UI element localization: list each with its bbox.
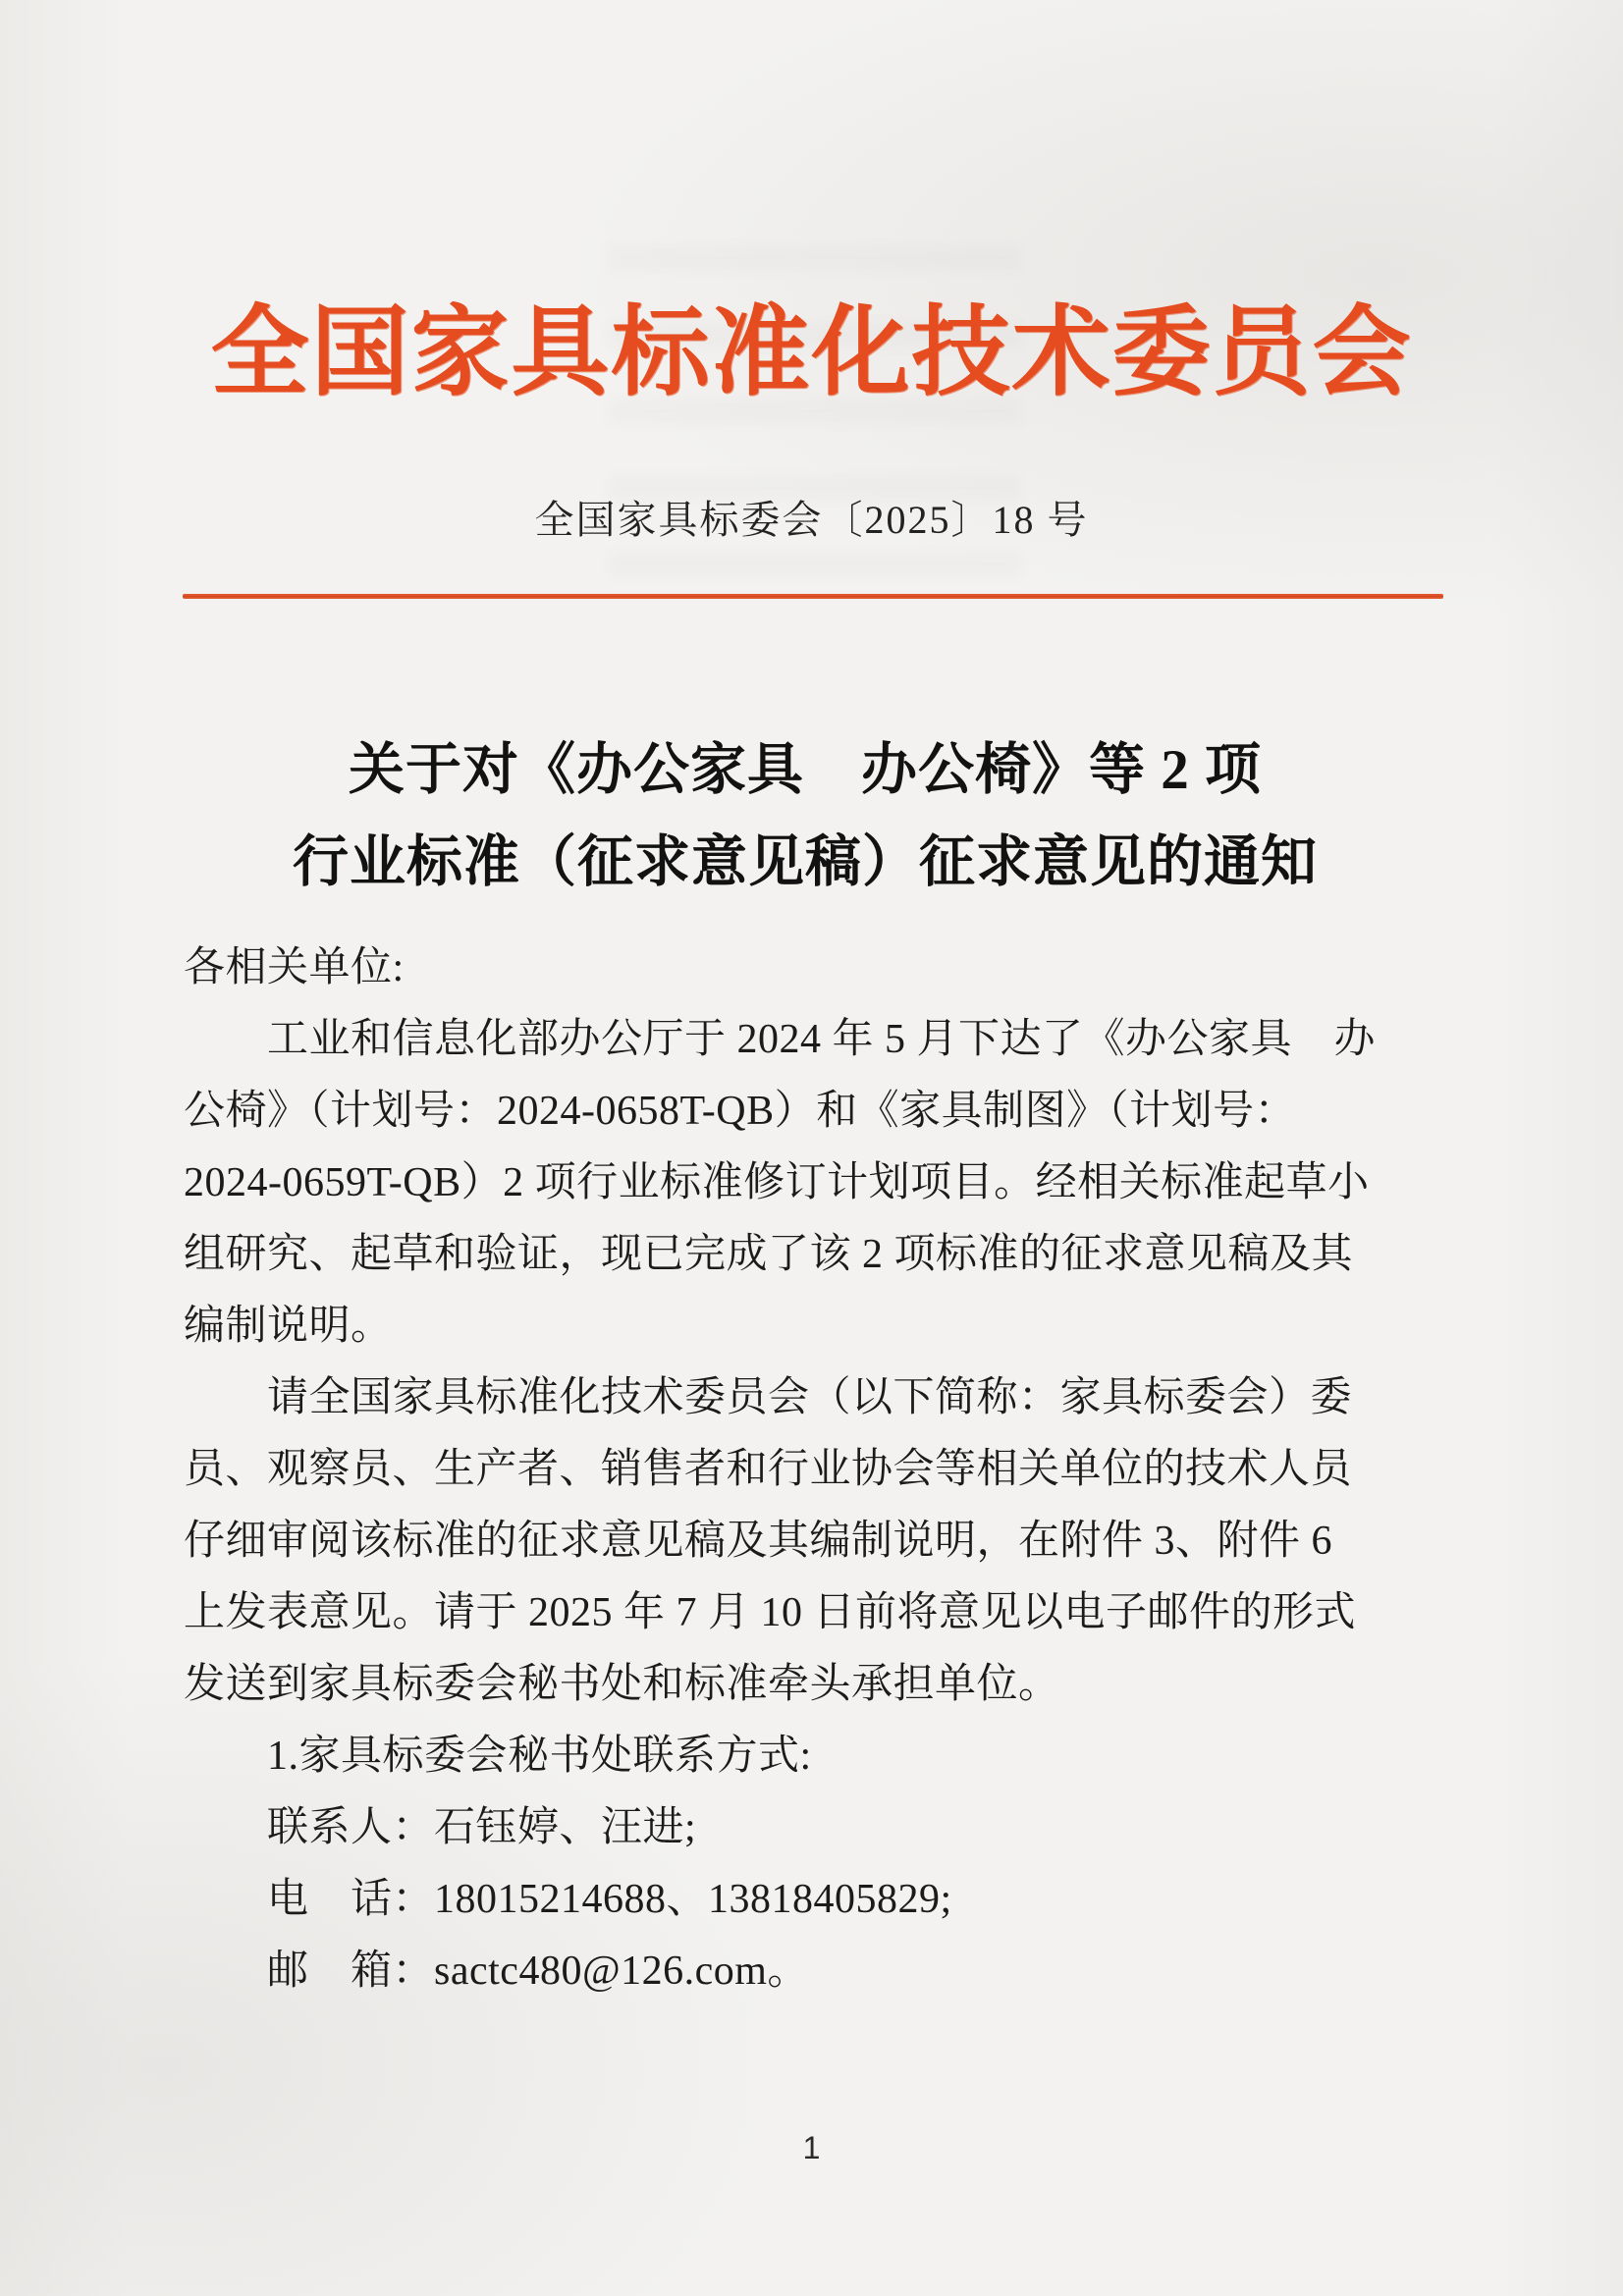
body-line: 组研究、起草和验证，现已完成了该 2 项标准的征求意见稿及其	[184, 1219, 1342, 1291]
body-line: 发送到家具标委会秘书处和标准牵头承担单位。	[184, 1649, 1342, 1721]
contact-person-line: 联系人：石钰婷、汪进;	[184, 1792, 1342, 1864]
body-line: 公椅》（计划号：2024-0658T-QB）和《家具制图》（计划号：	[184, 1076, 1342, 1148]
body-line: 仔细审阅该标准的征求意见稿及其编制说明，在附件 3、附件 6	[184, 1506, 1342, 1577]
scanned-document-page: 全国家具标准化技术委员会 全国家具标委会〔2025〕18 号 关于对《办公家具 …	[0, 0, 1623, 2296]
letterhead-org-title: 全国家具标准化技术委员会	[0, 273, 1623, 414]
notice-title-line-1: 关于对《办公家具 办公椅》等 2 项	[88, 724, 1522, 817]
body-line: 员、观察员、生产者、销售者和行业协会等相关单位的技术人员	[184, 1434, 1342, 1506]
notice-title: 关于对《办公家具 办公椅》等 2 项 行业标准（征求意见稿）征求意见的通知	[88, 724, 1522, 909]
red-divider-line	[183, 594, 1443, 599]
body-line: 编制说明。	[184, 1291, 1342, 1362]
notice-body: 各相关单位: 工业和信息化部办公厅于 2024 年 5 月下达了《办公家具 办 …	[184, 933, 1342, 2007]
contact-phone-line: 电 话：18015214688、13818405829;	[184, 1864, 1342, 1936]
body-line: 工业和信息化部办公厅于 2024 年 5 月下达了《办公家具 办	[184, 1004, 1342, 1076]
salutation-line: 各相关单位:	[184, 933, 1342, 1004]
page-number: 1	[0, 2130, 1623, 2166]
secretariat-contact-heading: 1.家具标委会秘书处联系方式:	[184, 1721, 1342, 1792]
body-line: 请全国家具标准化技术委员会（以下简称：家具标委会）委	[184, 1362, 1342, 1434]
document-number: 全国家具标委会〔2025〕18 号	[0, 489, 1623, 545]
body-line: 上发表意见。请于 2025 年 7 月 10 日前将意见以电子邮件的形式	[184, 1577, 1342, 1649]
notice-title-line-2: 行业标准（征求意见稿）征求意见的通知	[88, 817, 1522, 909]
contact-email-line: 邮 箱：sactc480@126.com。	[184, 1936, 1342, 2007]
body-line: 2024-0659T-QB）2 项行业标准修订计划项目。经相关标准起草小	[184, 1148, 1342, 1219]
